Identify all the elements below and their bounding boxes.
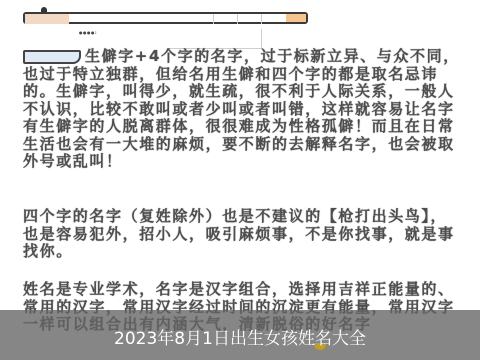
- banner-divider: [261, 14, 262, 24]
- header-banner-graphic: ●●●●:: [23, 12, 308, 26]
- banner-small-caption: ●●●●:: [79, 30, 97, 35]
- banner-right-tag-icon: [286, 14, 306, 22]
- article-paragraph-2: 四个字的名字（复姓除外）也是不建议的【枪打出头鸟】，也是容易犯外，招小人，吸引麻…: [23, 208, 463, 261]
- image-caption-title: 2023年8月1日出生女孩姓名大全: [0, 324, 480, 349]
- banner-divider: [237, 14, 238, 24]
- banner-left-illustration: [25, 14, 69, 24]
- banner-underline-decoration: [167, 29, 262, 49]
- article-paragraph-1: 生僻字+4个字的名字，过于标新立异、与众不同，也过于特立独群，但给名用生僻和四个…: [23, 48, 463, 171]
- article-page: ●●●●: 生僻字+4个字的名字，过于标新立异、与众不同，也过于特立独群，但给名…: [0, 0, 480, 360]
- banner-divider: [213, 14, 214, 24]
